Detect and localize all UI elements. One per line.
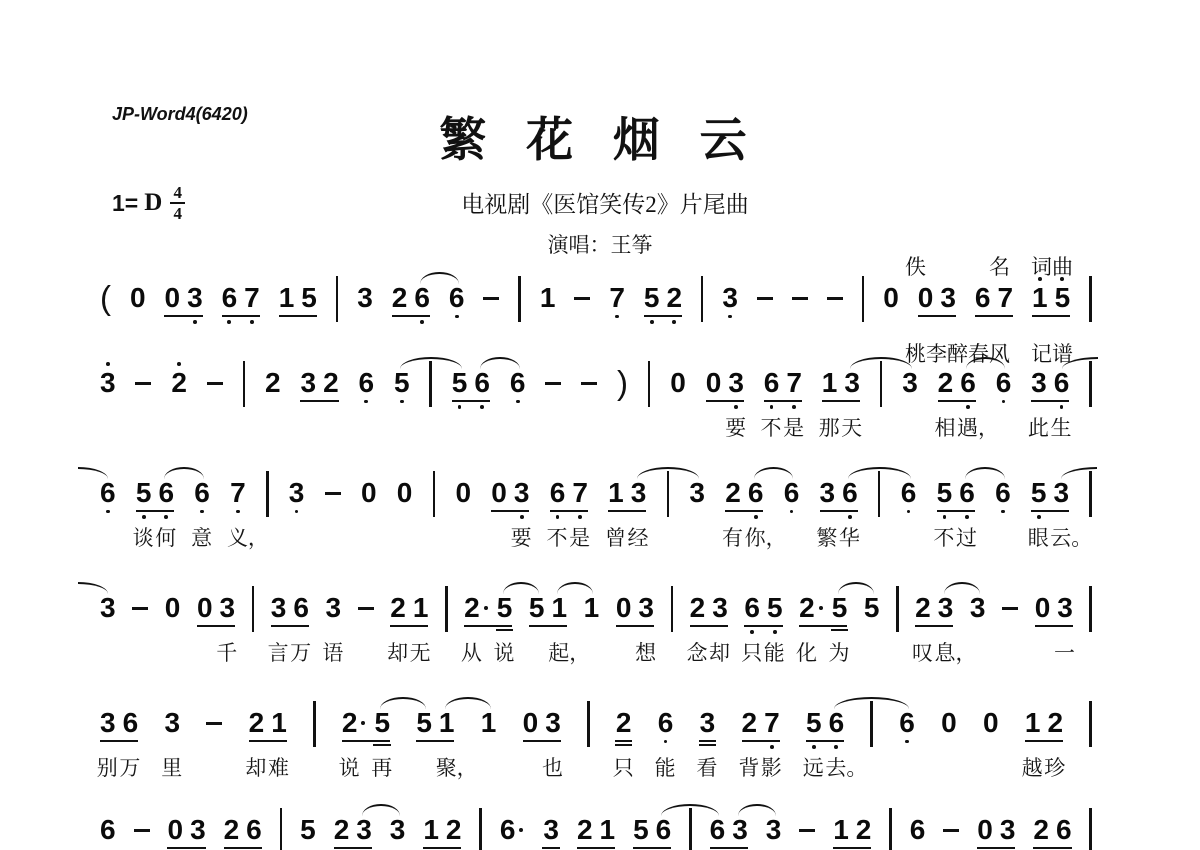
- underline: [710, 847, 748, 849]
- octave-dot-low: [193, 320, 197, 324]
- note-digit: 6: [100, 478, 116, 508]
- note: 3: [543, 815, 559, 845]
- octave-dot-low: [965, 515, 969, 519]
- note-digit: 2: [915, 593, 931, 623]
- note: 3: [631, 478, 647, 508]
- note-digit: 0: [1035, 593, 1051, 623]
- lyric-char: 不: [547, 522, 568, 552]
- rhythm-dash: [943, 815, 959, 845]
- octave-dot-low: [615, 315, 619, 319]
- underline: [577, 847, 615, 849]
- note-digit: 6: [784, 478, 800, 508]
- octave-dot-high: [1038, 277, 1042, 281]
- note-group: 03: [1035, 593, 1073, 623]
- note: 5: [937, 478, 953, 508]
- slur: [738, 804, 776, 816]
- lyric-char: 万: [290, 637, 311, 667]
- note-digit: 3: [190, 815, 206, 845]
- note-group: 65: [744, 593, 782, 623]
- note: 3: [100, 593, 116, 623]
- note-digit: 2: [690, 593, 706, 623]
- underline: [706, 400, 744, 402]
- note-group: 67: [975, 283, 1013, 313]
- rhythm-dash: [581, 368, 597, 398]
- underline: [464, 625, 512, 627]
- octave-dot-low: [578, 515, 582, 519]
- note-digit: 5: [864, 593, 880, 623]
- underline: [342, 740, 390, 742]
- note: 5: [767, 593, 783, 623]
- note: 3: [902, 368, 918, 398]
- dash-stroke: [358, 607, 374, 610]
- lyric-char: 说: [339, 752, 360, 782]
- rhythm-dash: [545, 368, 561, 398]
- note: 6: [899, 708, 915, 738]
- note: 6: [744, 593, 760, 623]
- note: 2: [666, 283, 682, 313]
- note: 3: [190, 815, 206, 845]
- note: 1: [608, 478, 624, 508]
- note: 2: [742, 708, 758, 738]
- note: 2: [249, 708, 265, 738]
- octave-dot-low: [672, 320, 676, 324]
- lyric-char: 只: [741, 637, 762, 667]
- note: 2: [616, 708, 632, 738]
- note-digit: 2: [938, 368, 954, 398]
- note-digit: 1: [413, 593, 429, 623]
- note: 6: [829, 708, 845, 738]
- slur: [78, 467, 108, 479]
- rhythm-dash: [358, 593, 374, 623]
- note-group: 56: [806, 708, 844, 738]
- underline: [271, 625, 309, 627]
- slur: [362, 804, 400, 816]
- octave-dot-low: [1002, 400, 1006, 404]
- note: 0: [397, 478, 413, 508]
- note-group: 52: [644, 283, 682, 313]
- lyric-char: 何: [155, 522, 176, 552]
- note: 3: [100, 708, 116, 738]
- note: 3: [638, 593, 654, 623]
- note-group: 56: [633, 815, 671, 845]
- note-group: 21: [390, 593, 428, 623]
- octave-dot-low: [754, 515, 758, 519]
- note-group: 03: [164, 283, 202, 313]
- octave-dot-low: [420, 320, 424, 324]
- note-digit: 0: [523, 708, 539, 738]
- note-group: 25: [799, 593, 847, 623]
- note: 0: [706, 368, 722, 398]
- note: 3: [356, 815, 372, 845]
- barline: [479, 808, 482, 850]
- note: 0: [165, 593, 181, 623]
- note-digit: 6: [1054, 368, 1070, 398]
- lyric-char: 有: [722, 522, 743, 552]
- octave-dot-low: [848, 515, 852, 519]
- note: 6: [1056, 815, 1072, 845]
- note-digit: 6: [246, 815, 262, 845]
- slur: [1062, 357, 1098, 369]
- note-digit: 3: [820, 478, 836, 508]
- note-group: 03: [197, 593, 235, 623]
- note: 6: [658, 708, 674, 738]
- note-digit: 6: [510, 368, 526, 398]
- underline: [249, 740, 287, 742]
- slur: [480, 357, 519, 369]
- octave-dot-low: [734, 405, 738, 409]
- note-digit: 7: [786, 368, 802, 398]
- dash-stroke: [943, 829, 959, 832]
- underline: [744, 625, 782, 627]
- note: 3: [357, 283, 373, 313]
- note: 0: [670, 368, 686, 398]
- note-digit: 3: [187, 283, 203, 313]
- note: 3: [271, 593, 287, 623]
- note: 6: [293, 593, 309, 623]
- underline: [197, 625, 235, 627]
- slur: [445, 697, 491, 709]
- note-digit: 0: [977, 815, 993, 845]
- note: 2: [334, 815, 350, 845]
- barline: [252, 586, 255, 632]
- note-digit: 3: [1000, 815, 1016, 845]
- note-group: 67: [550, 478, 588, 508]
- lyric-char: 义，: [227, 522, 269, 552]
- note-digit: 7: [230, 478, 246, 508]
- note: 2: [224, 815, 240, 845]
- music-line: 3003363212551103236525523303: [100, 593, 1092, 623]
- note: 6: [960, 368, 976, 398]
- dash-stroke: [135, 382, 151, 385]
- note-digit: 6: [658, 708, 674, 738]
- note: 3: [700, 708, 716, 738]
- note-digit: 5: [937, 478, 953, 508]
- underline: [452, 400, 490, 402]
- lyric-char: 言: [268, 637, 289, 667]
- note: 2: [464, 593, 480, 623]
- note: 6: [474, 368, 490, 398]
- underline: [644, 315, 682, 317]
- note-group: 36: [1031, 368, 1069, 398]
- lyric-char: 看: [696, 752, 717, 782]
- note: 1: [423, 815, 439, 845]
- note-group: 23: [690, 593, 728, 623]
- dash-stroke: [206, 722, 222, 725]
- dash-stroke: [132, 607, 148, 610]
- octave-dot-low: [943, 515, 947, 519]
- note: 0: [197, 593, 213, 623]
- barline: [648, 361, 651, 407]
- note-digit: 2: [464, 593, 480, 623]
- note: 3: [940, 283, 956, 313]
- note-digit: 6: [474, 368, 490, 398]
- note-digit: 1: [423, 815, 439, 845]
- slur: [503, 582, 539, 594]
- note: 5: [301, 283, 317, 313]
- note: 0: [491, 478, 507, 508]
- note-group: 12: [423, 815, 461, 845]
- note: 2: [265, 368, 281, 398]
- rhythm-dash: [799, 815, 815, 845]
- rhythm-dash: [792, 283, 808, 313]
- note-digit: 2: [446, 815, 462, 845]
- underline: [1031, 400, 1069, 402]
- note-group: 26: [1033, 815, 1071, 845]
- note-group: 67: [764, 368, 802, 398]
- octave-dot-low: [106, 510, 110, 514]
- rhythm-dash: [207, 368, 223, 398]
- dash-stroke: [827, 297, 843, 300]
- note-group: 03: [523, 708, 561, 738]
- note: 6: [449, 283, 465, 313]
- note-group: 67: [222, 283, 260, 313]
- octave-dot-low: [770, 405, 774, 409]
- dash-stroke: [483, 297, 499, 300]
- note: 6: [123, 708, 139, 738]
- lyric-char: 你，: [745, 522, 787, 552]
- lyric-char: 越: [1022, 752, 1043, 782]
- note-digit: 3: [970, 593, 986, 623]
- note: 1: [279, 283, 295, 313]
- slur: [754, 467, 794, 479]
- octave-dot-low: [400, 400, 404, 404]
- underline: [938, 400, 976, 402]
- note-digit: 0: [983, 708, 999, 738]
- underline: [616, 625, 654, 627]
- rhythm-dash: [757, 283, 773, 313]
- underline: [937, 510, 975, 512]
- note-digit: 3: [732, 815, 748, 845]
- rhythm-dash: [325, 478, 341, 508]
- lyric-char: 不: [933, 522, 954, 552]
- octave-dot-low: [650, 320, 654, 324]
- note-group: 21: [249, 708, 287, 738]
- note: 3: [1031, 368, 1047, 398]
- note: 6: [500, 815, 516, 845]
- note: 0: [167, 815, 183, 845]
- octave-dot-low: [164, 515, 168, 519]
- note-digit: 5: [529, 593, 545, 623]
- octave-dot-low: [142, 515, 146, 519]
- note: 2: [799, 593, 815, 623]
- barline: [1089, 276, 1092, 322]
- note: 6: [414, 283, 430, 313]
- slur: [965, 467, 1005, 479]
- note-digit: 3: [545, 708, 561, 738]
- note-group: 03: [167, 815, 205, 845]
- barline: [889, 808, 892, 850]
- note-digit: 7: [609, 283, 625, 313]
- octave-dot-low: [770, 745, 774, 749]
- slur: [1061, 467, 1097, 479]
- octave-dot-low: [907, 510, 911, 514]
- note-digit: 0: [361, 478, 377, 508]
- note-digit: 7: [764, 708, 780, 738]
- octave-dot-low: [516, 400, 520, 404]
- music-line: (00367153266175230036715: [100, 283, 1092, 313]
- note-digit: 0: [165, 593, 181, 623]
- note-group: 56: [452, 368, 490, 398]
- octave-dot-low: [790, 510, 794, 514]
- note: 6: [100, 478, 116, 508]
- note: 3: [1054, 478, 1070, 508]
- note: 3: [1057, 593, 1073, 623]
- note-digit: 0: [706, 368, 722, 398]
- note: 3: [938, 593, 954, 623]
- note-group: 25: [342, 708, 390, 738]
- octave-dot-high: [1060, 277, 1064, 281]
- note: 0: [164, 283, 180, 313]
- note-group: 26: [938, 368, 976, 398]
- note: 0: [941, 708, 957, 738]
- slur: [78, 582, 108, 594]
- note: 5: [633, 815, 649, 845]
- lyric-char: 从: [461, 637, 482, 667]
- underline: [820, 510, 858, 512]
- note: 6: [158, 478, 174, 508]
- augmentation-dot: [519, 828, 523, 832]
- note-digit: 6: [960, 368, 976, 398]
- note-digit: 6: [158, 478, 174, 508]
- note-digit: 3: [326, 593, 342, 623]
- underline: [915, 625, 953, 627]
- octave-dot-low: [364, 400, 368, 404]
- slur: [557, 582, 593, 594]
- underline: [279, 315, 317, 317]
- note: 6: [910, 815, 926, 845]
- note-group: 26: [224, 815, 262, 845]
- note-digit: 2: [799, 593, 815, 623]
- note: 3: [820, 478, 836, 508]
- lyric-char: 远: [803, 752, 824, 782]
- note: 7: [764, 708, 780, 738]
- rhythm-dash: [135, 368, 151, 398]
- lyric-char: 也: [542, 752, 563, 782]
- note-digit: 3: [631, 478, 647, 508]
- underline: [390, 625, 428, 627]
- note-group: 03: [977, 815, 1015, 845]
- lyric-char: 生: [1051, 412, 1072, 442]
- lyric-char: 天: [841, 412, 862, 442]
- note-digit: 3: [844, 368, 860, 398]
- note: 5: [452, 368, 468, 398]
- note-digit: 6: [449, 283, 465, 313]
- note: 6: [550, 478, 566, 508]
- note: 7: [609, 283, 625, 313]
- underline: [423, 847, 461, 849]
- barline: [896, 586, 899, 632]
- note: 0: [130, 283, 146, 313]
- underline: [799, 625, 847, 627]
- note-group: 63: [710, 815, 748, 845]
- lyric-char: 聚，: [436, 752, 478, 782]
- note-digit: 5: [416, 708, 432, 738]
- octave-dot-low: [750, 630, 754, 634]
- underline: [416, 740, 454, 742]
- rhythm-dash: [132, 593, 148, 623]
- lyric-char: 谈: [133, 522, 154, 552]
- note-group: 26: [392, 283, 430, 313]
- lyric-char: 一: [1054, 637, 1075, 667]
- note-digit: 0: [616, 593, 632, 623]
- note-digit: 2: [666, 283, 682, 313]
- note: 1: [540, 283, 556, 313]
- note-digit: 5: [136, 478, 152, 508]
- underline: [977, 847, 1015, 849]
- dash-stroke: [1002, 607, 1018, 610]
- underline: [833, 847, 871, 849]
- augmentation-dot: [819, 606, 823, 610]
- note: 1: [584, 593, 600, 623]
- lyric-char: 却: [709, 637, 730, 667]
- note-digit: 2: [249, 708, 265, 738]
- note: 5: [1031, 478, 1047, 508]
- underline: [542, 847, 560, 849]
- note: 5: [864, 593, 880, 623]
- note-digit: 5: [1031, 478, 1047, 508]
- octave-dot-high: [177, 362, 181, 366]
- note-digit: 2: [265, 368, 281, 398]
- rhythm-dash: [574, 283, 590, 313]
- note: 6: [359, 368, 375, 398]
- underline: [608, 510, 646, 512]
- barline: [445, 586, 448, 632]
- note: 6: [764, 368, 780, 398]
- note: 6: [784, 478, 800, 508]
- octave-dot-low: [556, 515, 560, 519]
- lyric-char: 华: [839, 522, 860, 552]
- note: 3: [545, 708, 561, 738]
- note-digit: 2: [323, 368, 339, 398]
- note-digit: 6: [293, 593, 309, 623]
- lyric-char: 去。: [825, 752, 867, 782]
- note-digit: 3: [164, 708, 180, 738]
- lyric-char: 别: [97, 752, 118, 782]
- note: 6: [975, 283, 991, 313]
- note: 1: [600, 815, 616, 845]
- note-digit: 2: [342, 708, 358, 738]
- lyric-char: 是: [783, 412, 804, 442]
- note-digit: 7: [572, 478, 588, 508]
- note-digit: 2: [742, 708, 758, 738]
- lyric-char: 念: [686, 637, 707, 667]
- note: 5: [644, 283, 660, 313]
- note-digit: 3: [700, 708, 716, 738]
- parenthesis: (: [100, 283, 111, 313]
- lyric-char: 语: [322, 637, 343, 667]
- note: 3: [326, 593, 342, 623]
- note-digit: 0: [455, 478, 471, 508]
- slur: [850, 357, 912, 369]
- note-digit: 1: [481, 708, 497, 738]
- lyric-char: 却: [387, 637, 408, 667]
- lyric-char: 想: [635, 637, 656, 667]
- lyric-char: 能: [764, 637, 785, 667]
- note: 5: [374, 708, 390, 738]
- note-digit: 6: [829, 708, 845, 738]
- octave-dot-low: [1001, 510, 1005, 514]
- dash-stroke: [545, 382, 561, 385]
- underline: [1033, 847, 1071, 849]
- note-digit: 6: [842, 478, 858, 508]
- note-digit: 1: [1032, 283, 1048, 313]
- note: 3: [689, 478, 705, 508]
- note-group: 21: [577, 815, 615, 845]
- note-digit: 3: [722, 283, 738, 313]
- barline: [243, 361, 246, 407]
- note: 6: [100, 815, 116, 845]
- slur: [848, 467, 911, 479]
